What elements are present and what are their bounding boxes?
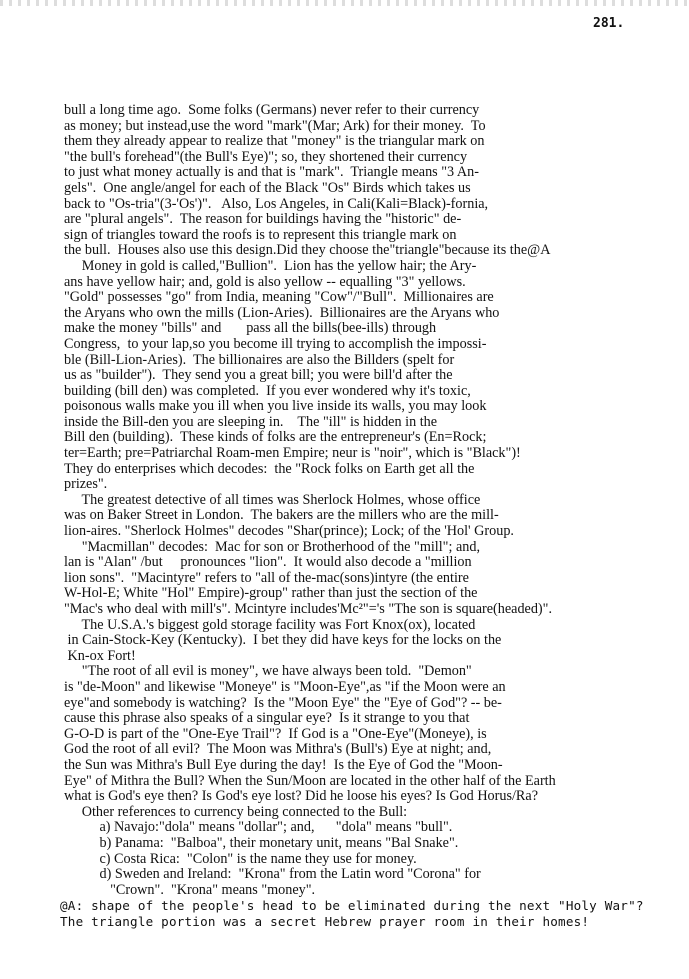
- text-line: "Macmillan" decodes: Mac for son or Brot…: [64, 540, 689, 556]
- text-line: a) Navajo:"dola" means "dollar"; and, "d…: [64, 820, 689, 836]
- text-line: what is God's eye then? Is God's eye los…: [64, 789, 689, 805]
- text-line: "The root of all evil is money", we have…: [64, 664, 689, 680]
- text-line: cause this phrase also speaks of a singu…: [64, 711, 689, 727]
- text-line: the Aryans who own the mills (Lion-Aries…: [64, 306, 689, 322]
- text-line: b) Panama: "Balboa", their monetary unit…: [64, 836, 689, 852]
- text-line: us as "builder"). They send you a great …: [64, 368, 689, 384]
- text-line: bull a long time ago. Some folks (German…: [64, 103, 689, 119]
- text-line: The greatest detective of all times was …: [64, 493, 689, 509]
- text-line: d) Sweden and Ireland: "Krona" from the …: [64, 867, 689, 883]
- text-line: "Mac's who deal with mill's". Mcintyre i…: [64, 602, 689, 618]
- text-line: back to "Os-tria"(3-'Os')". Also, Los An…: [64, 197, 689, 213]
- text-line: W-Hol-E; White "Hol" Empire)-group" rath…: [64, 586, 689, 602]
- text-line: make the money "bills" and pass all the …: [64, 321, 689, 337]
- text-line: ter=Earth; pre=Patriarchal Roam-men Empi…: [64, 446, 689, 462]
- text-line: ble (Bill-Lion-Aries). The billionaires …: [64, 353, 689, 369]
- text-line: sign of triangles toward the roofs is to…: [64, 228, 689, 244]
- text-line: God the root of all evil? The Moon was M…: [64, 742, 689, 758]
- footnote-line: The triangle portion was a secret Hebrew…: [60, 914, 689, 930]
- text-line: poisonous walls make you ill when you li…: [64, 399, 689, 415]
- text-line: The U.S.A.'s biggest gold storage facili…: [64, 618, 689, 634]
- text-line: eye"and somebody is watching? Is the "Mo…: [64, 696, 689, 712]
- document-body: bull a long time ago. Some folks (German…: [64, 103, 689, 929]
- text-line: Kn-ox Fort!: [64, 649, 689, 665]
- text-line: They do enterprises which decodes: the "…: [64, 462, 689, 478]
- scan-edge-artifact: [0, 0, 689, 6]
- text-line: inside the Bill-den you are sleeping in.…: [64, 415, 689, 431]
- text-line: is "de-Moon" and likewise "Moneye" is "M…: [64, 680, 689, 696]
- text-line: was on Baker Street in London. The baker…: [64, 508, 689, 524]
- text-line: "Crown". "Krona" means "money".: [64, 883, 689, 899]
- text-line: lion sons". "Macintyre" refers to "all o…: [64, 571, 689, 587]
- footnote-line: @A: shape of the people's head to be eli…: [60, 898, 689, 914]
- text-line: prizes".: [64, 477, 689, 493]
- text-line: lion-aires. "Sherlock Holmes" decodes "S…: [64, 524, 689, 540]
- text-line: "Gold" possesses "go" from India, meanin…: [64, 290, 689, 306]
- text-line: the bull. Houses also use this design.Di…: [64, 243, 689, 259]
- text-line: as money; but instead,use the word "mark…: [64, 119, 689, 135]
- page-number: 281.: [593, 16, 624, 31]
- text-line: are "plural angels". The reason for buil…: [64, 212, 689, 228]
- text-line: c) Costa Rica: "Colon" is the name they …: [64, 852, 689, 868]
- text-line: them they already appear to realize that…: [64, 134, 689, 150]
- text-line: Eye" of Mithra the Bull? When the Sun/Mo…: [64, 774, 689, 790]
- text-line: "the bull's forehead"(the Bull's Eye)"; …: [64, 150, 689, 166]
- text-line: Other references to currency being conne…: [64, 805, 689, 821]
- text-line: G-O-D is part of the "One-Eye Trail"? If…: [64, 727, 689, 743]
- text-line: in Cain-Stock-Key (Kentucky). I bet they…: [64, 633, 689, 649]
- text-line: Bill den (building). These kinds of folk…: [64, 430, 689, 446]
- text-line: Congress, to your lap,so you become ill …: [64, 337, 689, 353]
- text-line: ans have yellow hair; and, gold is also …: [64, 275, 689, 291]
- text-line: gels". One angle/angel for each of the B…: [64, 181, 689, 197]
- text-line: to just what money actually is and that …: [64, 165, 689, 181]
- text-line: Money in gold is called,"Bullion". Lion …: [64, 259, 689, 275]
- text-line: the Sun was Mithra's Bull Eye during the…: [64, 758, 689, 774]
- text-line: lan is "Alan" /but pronounces "lion". It…: [64, 555, 689, 571]
- text-line: building (bill den) was completed. If yo…: [64, 384, 689, 400]
